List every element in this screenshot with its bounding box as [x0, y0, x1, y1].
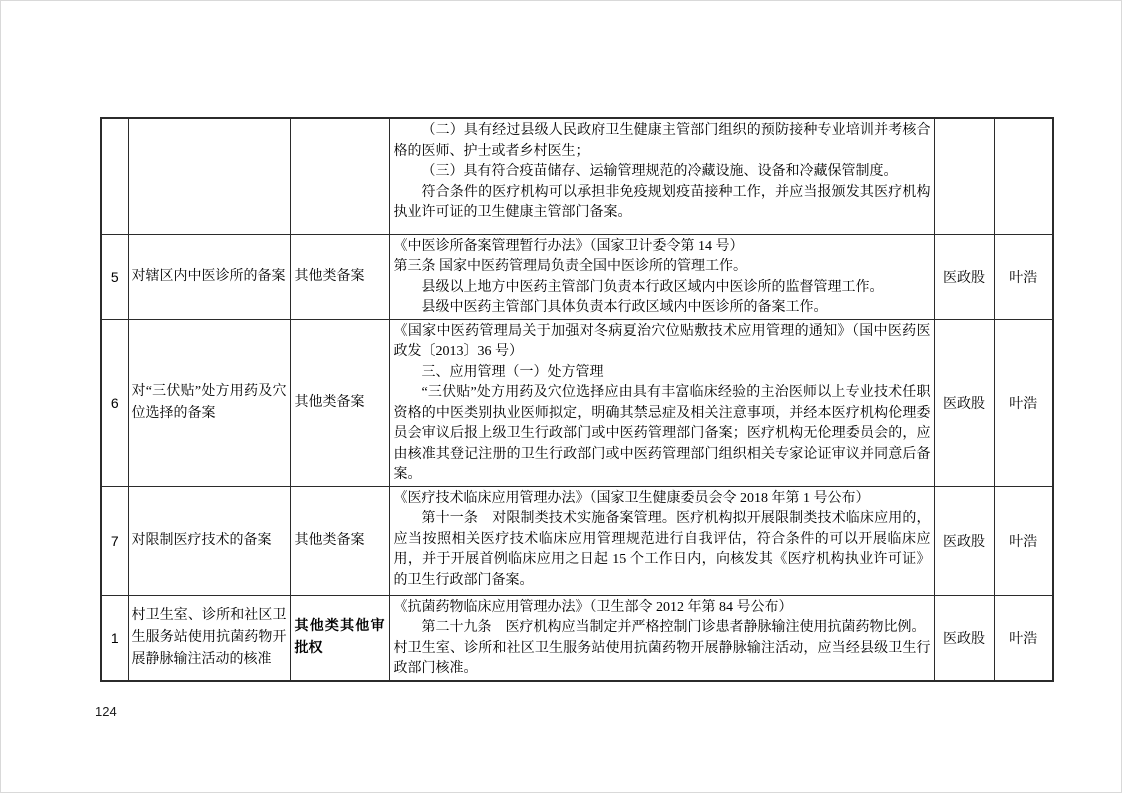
basis-paragraph: 《医疗技术临床应用管理办法》（国家卫生健康委员会令 2018 年第 1 号公布）: [394, 489, 931, 510]
department-cell: 医政股: [934, 319, 994, 486]
legal-basis-cell: 《国家中医药管理局关于加强对冬病夏治穴位贴敷技术应用管理的通知》（国中医药医政发…: [389, 319, 934, 486]
basis-paragraph: 第三条 国家中医药管理局负责全国中医诊所的管理工作。: [394, 257, 931, 278]
legal-basis-cell: （二）具有经过县级人民政府卫生健康主管部门组织的预防接种专业培训并考核合格的医师…: [389, 118, 934, 234]
item-type-cell: 其他类备案: [290, 319, 389, 486]
item-type-cell: 其他类其他审批权: [290, 595, 389, 681]
row-number-cell: 5: [101, 234, 128, 319]
department-cell: 医政股: [934, 234, 994, 319]
administrative-items-table: （二）具有经过县级人民政府卫生健康主管部门组织的预防接种专业培训并考核合格的医师…: [100, 117, 1054, 682]
person-cell: 叶浩: [994, 319, 1053, 486]
person-cell: [994, 118, 1053, 234]
row-number-cell: 6: [101, 319, 128, 486]
department-cell: 医政股: [934, 595, 994, 681]
person-cell: 叶浩: [994, 595, 1053, 681]
person-cell: 叶浩: [994, 234, 1053, 319]
item-name-cell: 对限制医疗技术的备案: [128, 486, 290, 595]
table-row: 1 村卫生室、诊所和社区卫生服务站使用抗菌药物开展静脉输注活动的核准 其他类其他…: [101, 595, 1053, 681]
basis-paragraph: 县级以上地方中医药主管部门负责本行政区域内中医诊所的监督管理工作。: [394, 278, 931, 299]
item-type-cell: 其他类备案: [290, 486, 389, 595]
document-page: （二）具有经过县级人民政府卫生健康主管部门组织的预防接种专业培训并考核合格的医师…: [0, 0, 1122, 793]
item-type-cell: 其他类备案: [290, 234, 389, 319]
department-cell: [934, 118, 994, 234]
table-row: （二）具有经过县级人民政府卫生健康主管部门组织的预防接种专业培训并考核合格的医师…: [101, 118, 1053, 234]
basis-paragraph: 《国家中医药管理局关于加强对冬病夏治穴位贴敷技术应用管理的通知》（国中医药医政发…: [394, 322, 931, 363]
basis-paragraph: 三、应用管理（一）处方管理: [394, 363, 931, 384]
table-row: 5 对辖区内中医诊所的备案 其他类备案 《中医诊所备案管理暂行办法》（国家卫计委…: [101, 234, 1053, 319]
basis-paragraph: 县级中医药主管部门具体负责本行政区域内中医诊所的备案工作。: [394, 298, 931, 319]
basis-paragraph: 第二十九条 医疗机构应当制定并严格控制门诊患者静脉输注使用抗菌药物比例。: [394, 618, 931, 639]
item-name-cell: 村卫生室、诊所和社区卫生服务站使用抗菌药物开展静脉输注活动的核准: [128, 595, 290, 681]
item-name-cell: [128, 118, 290, 234]
item-name-cell: 对辖区内中医诊所的备案: [128, 234, 290, 319]
row-number-cell: 1: [101, 595, 128, 681]
person-cell: 叶浩: [994, 486, 1053, 595]
basis-paragraph: 《中医诊所备案管理暂行办法》（国家卫计委令第 14 号）: [394, 237, 931, 258]
basis-paragraph: （三）具有符合疫苗储存、运输管理规范的冷藏设施、设备和冷藏保管制度。: [394, 162, 931, 183]
basis-paragraph: 《抗菌药物临床应用管理办法》（卫生部令 2012 年第 84 号公布）: [394, 598, 931, 619]
basis-paragraph: 第十一条 对限制类技术实施备案管理。医疗机构拟开展限制类技术临床应用的，应当按照…: [394, 509, 931, 591]
basis-paragraph: （二）具有经过县级人民政府卫生健康主管部门组织的预防接种专业培训并考核合格的医师…: [394, 121, 931, 162]
table-row: 6 对“三伏贴”处方用药及穴位选择的备案 其他类备案 《国家中医药管理局关于加强…: [101, 319, 1053, 486]
basis-paragraph: “三伏贴”处方用药及穴位选择应由具有丰富临床经验的主治医师以上专业技术任职资格的…: [394, 383, 931, 486]
basis-paragraph: 符合条件的医疗机构可以承担非免疫规划疫苗接种工作，并应当报颁发其医疗机构执业许可…: [394, 183, 931, 224]
legal-basis-cell: 《医疗技术临床应用管理办法》（国家卫生健康委员会令 2018 年第 1 号公布）…: [389, 486, 934, 595]
department-cell: 医政股: [934, 486, 994, 595]
item-name-cell: 对“三伏贴”处方用药及穴位选择的备案: [128, 319, 290, 486]
table-row: 7 对限制医疗技术的备案 其他类备案 《医疗技术临床应用管理办法》（国家卫生健康…: [101, 486, 1053, 595]
legal-basis-cell: 《抗菌药物临床应用管理办法》（卫生部令 2012 年第 84 号公布） 第二十九…: [389, 595, 934, 681]
row-number-cell: 7: [101, 486, 128, 595]
page-number: 124: [95, 704, 117, 719]
row-number-cell: [101, 118, 128, 234]
basis-paragraph: 村卫生室、诊所和社区卫生服务站使用抗菌药物开展静脉输注活动，应当经县级卫生行政部…: [394, 639, 931, 680]
legal-basis-cell: 《中医诊所备案管理暂行办法》（国家卫计委令第 14 号） 第三条 国家中医药管理…: [389, 234, 934, 319]
item-type-cell: [290, 118, 389, 234]
